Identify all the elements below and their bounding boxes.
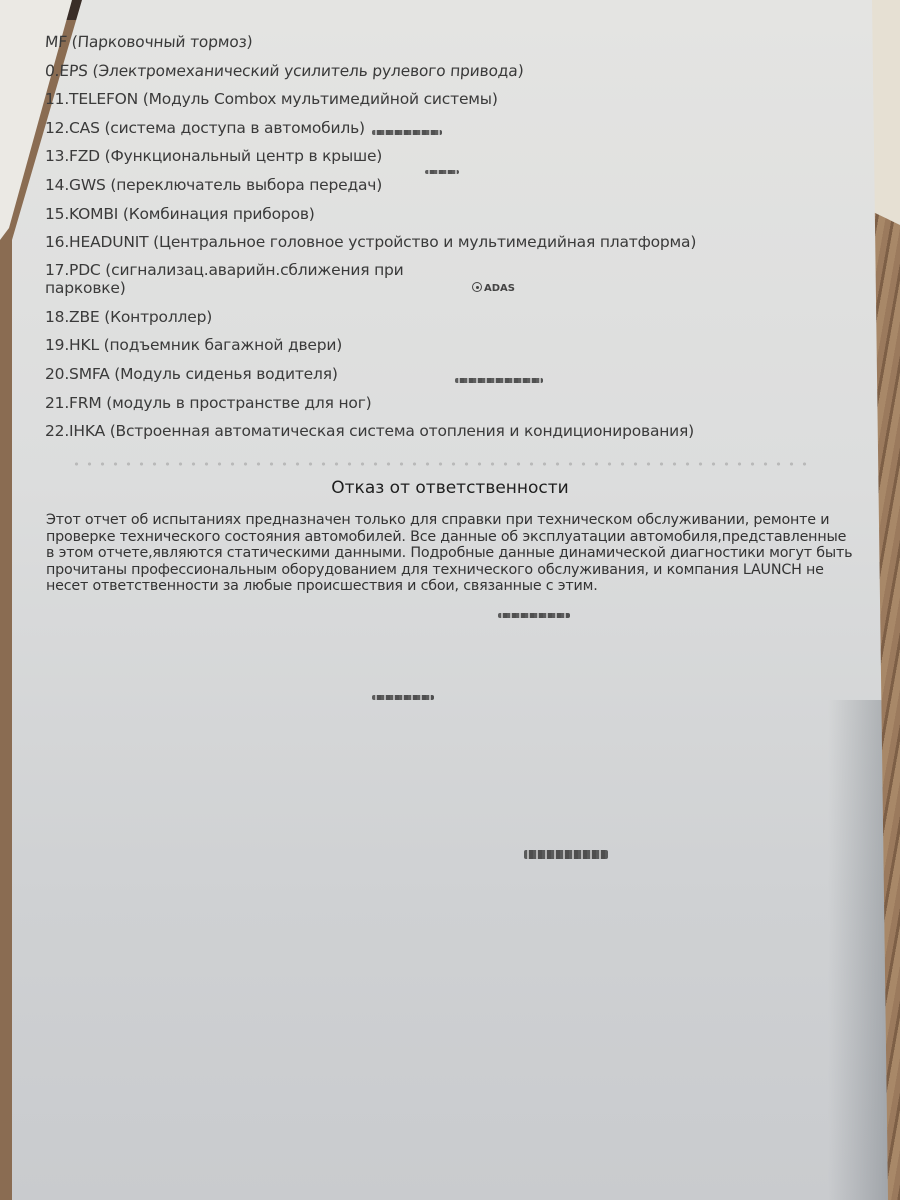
disclaimer-title: Отказ от ответственности — [0, 478, 900, 498]
list-item: 0.EPS (Электромеханический усилитель рул… — [44, 57, 806, 86]
list-item: 20.SMFA (Модуль сиденья водителя) — [45, 360, 805, 389]
ink-smudge — [498, 613, 570, 618]
ink-smudge — [372, 130, 442, 135]
list-item: 21.FRM (модуль в пространстве для ног) — [45, 389, 805, 418]
ink-smudge — [425, 170, 459, 174]
disclaimer-body: Этот отчет об испытаниях предназначен то… — [46, 512, 856, 595]
ink-smudge — [455, 378, 543, 383]
list-item: 17.PDC (сигнализац.аварийн.сближения при… — [45, 257, 425, 303]
list-item: 18.ZBE (Контроллер) — [45, 303, 805, 332]
adas-text: ADAS — [484, 283, 515, 294]
list-item: 16.HEADUNIT (Центральное головное устрой… — [45, 228, 805, 257]
list-item: 11.TELEFON (Модуль Combox мультимедийной… — [45, 85, 805, 114]
target-icon — [472, 282, 482, 292]
list-item: 14.GWS (переключатель выбора передач) — [45, 171, 805, 200]
list-item: 22.IHKA (Встроенная автоматическая систе… — [45, 417, 805, 446]
ink-smudge — [372, 695, 434, 700]
list-item: 15.KOMBI (Комбинация приборов) — [45, 200, 805, 229]
list-item: MF (Парковочный тормоз) — [44, 28, 806, 57]
dotted-divider — [70, 462, 810, 466]
page-shadow — [828, 700, 888, 1200]
ink-smudge — [524, 850, 608, 859]
list-item: 19.HKL (подъемник багажной двери) — [45, 331, 805, 360]
adas-label: ADAS — [472, 282, 515, 294]
module-list: MF (Парковочный тормоз) 0.EPS (Электроме… — [45, 28, 805, 446]
list-item: 13.FZD (Функциональный центр в крыше) — [45, 142, 805, 171]
list-item: 12.CAS (система доступа в автомобиль) — [45, 114, 805, 143]
